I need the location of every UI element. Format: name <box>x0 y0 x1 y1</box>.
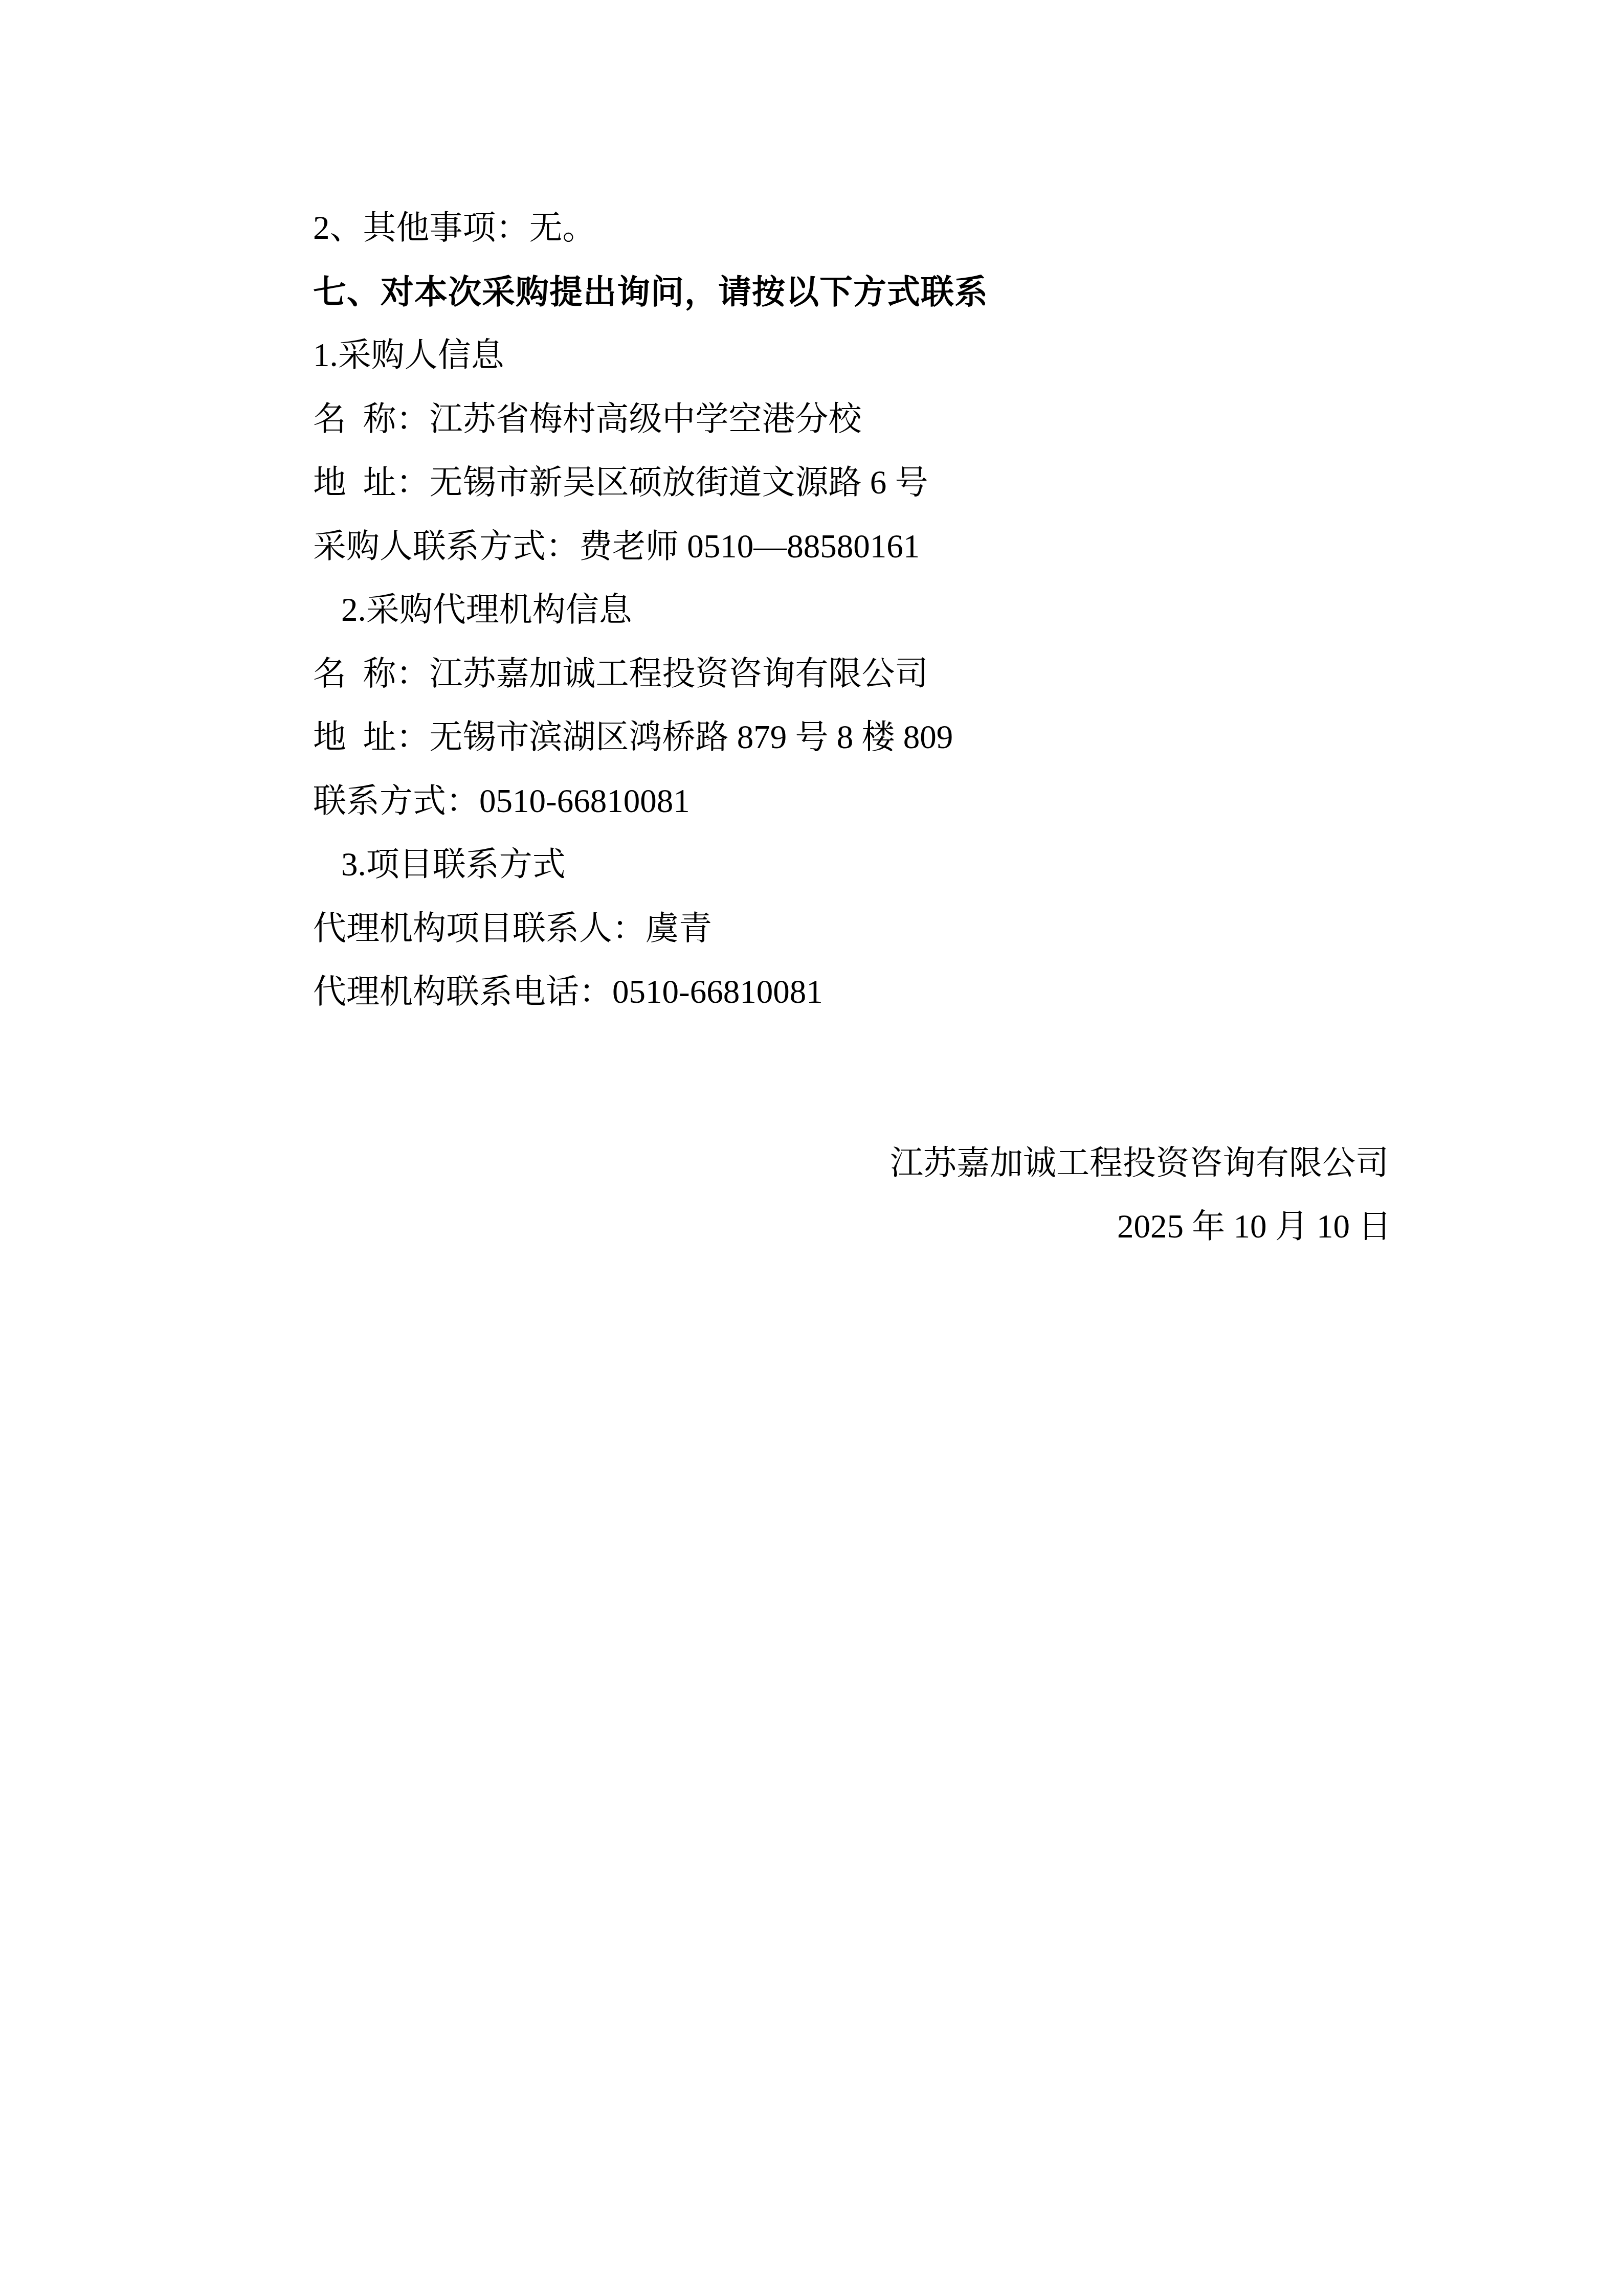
item-agency-info: 2.采购代理机构信息 <box>313 578 1387 642</box>
signature-company: 江苏嘉加诚工程投资咨询有限公司 <box>890 1132 1389 1196</box>
agency-name: 名 称：江苏嘉加诚工程投资咨询有限公司 <box>313 642 1387 706</box>
signature-date: 2025 年 10 月 10 日 <box>1117 1195 1391 1259</box>
agency-contact: 联系方式：0510-66810081 <box>313 770 1387 834</box>
line-other-items: 2、其他事项：无。 <box>313 196 1387 260</box>
item-project-contact: 3.项目联系方式 <box>313 833 1387 897</box>
purchaser-address: 地 址：无锡市新吴区硕放街道文源路 6 号 <box>313 451 1387 515</box>
document-page: 2、其他事项：无。 七、对本次采购提出询问，请按以下方式联系 1.采购人信息 名… <box>0 0 1624 2296</box>
section-heading-inquiry-contact: 七、对本次采购提出询问，请按以下方式联系 <box>313 260 1387 324</box>
project-contact-phone: 代理机构联系电话：0510-66810081 <box>313 960 1387 1024</box>
purchaser-contact: 采购人联系方式：费老师 0510—88580161 <box>313 515 1387 579</box>
agency-address: 地 址：无锡市滨湖区鸿桥路 879 号 8 楼 809 <box>313 706 1387 770</box>
purchaser-name: 名 称：江苏省梅村高级中学空港分校 <box>313 388 1387 452</box>
item-purchaser-info: 1.采购人信息 <box>313 324 1387 388</box>
document-body: 2、其他事项：无。 七、对本次采购提出询问，请按以下方式联系 1.采购人信息 名… <box>313 196 1387 1024</box>
project-contact-person: 代理机构项目联系人：虞青 <box>313 897 1387 961</box>
